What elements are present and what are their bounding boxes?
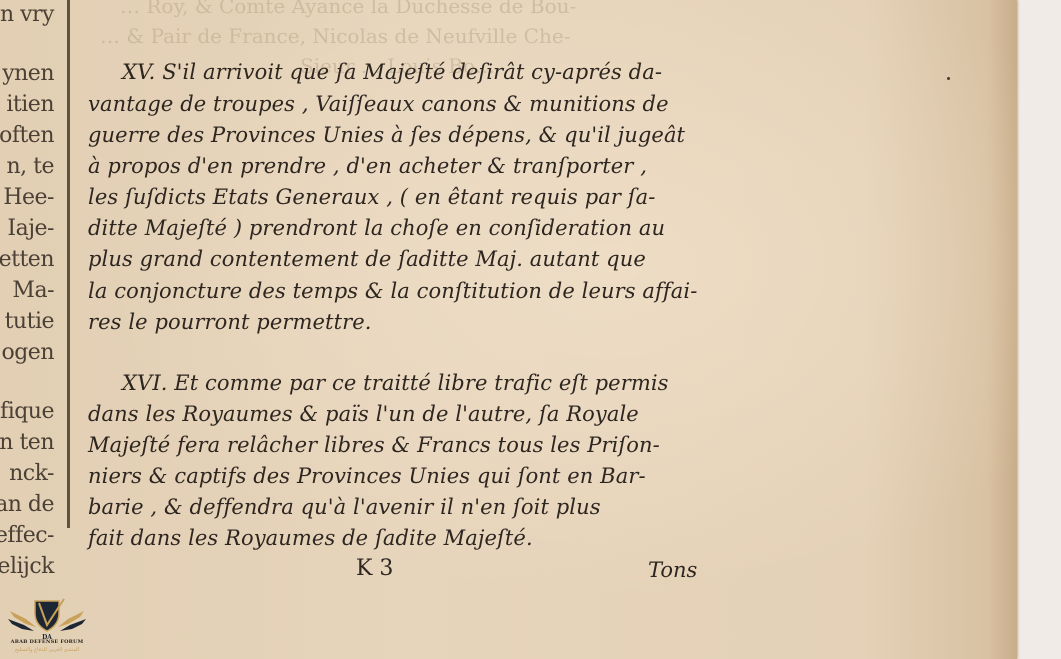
fragment-line: n ten [0,430,54,455]
fragment-line: itien [6,92,54,117]
text-line: les ſuſdicts Etats Generaux , ( en êtant… [88,185,655,209]
text-line: à propos d'en prendre , d'en acheter & t… [88,154,647,178]
fragment-line: elijck [0,554,54,579]
book-page: … Roy, & Comte Ayance la Duchesse de Bou… [0,0,1017,659]
bleed-through-line: … & Pair de France, Nicolas de Neufville… [100,24,570,48]
bleed-through-line: … Roy, & Comte Ayance la Duchesse de Bou… [120,0,576,18]
adjacent-column-fragments: n vry ynen itien often n, te Hee- Iaje- … [0,0,60,600]
text-line: Majeſté fera relâcher libres & Francs to… [88,433,660,457]
shield-wings-icon: DA [6,597,88,641]
text-line: plus grand contentement de ſaditte Maj. … [88,247,646,271]
fragment-line: nck- [9,461,54,486]
text-line: la conjoncture des temps & la conſtituti… [88,279,697,303]
fragment-line: often [0,123,54,148]
forum-subtitle: المنتدى العربي للدفاع والتسليح [6,647,88,653]
fragment-line: ogen [1,340,54,365]
paper-speck [947,77,950,80]
text-line: res le pourront permettre. [88,310,372,334]
fragment-line: effec- [0,523,54,548]
fragment-line: fique [0,399,54,424]
text-line: XV. S'il arrivoit que ſa Majeſté deſirât… [122,60,662,84]
text-line: guerre des Provinces Unies à ſes dépens,… [88,123,685,147]
fragment-line: Ma- [12,278,54,303]
text-line: ditte Majeſté ) prendront la choſe en co… [88,216,665,240]
fragment-line: Hee- [3,185,54,210]
fragment-line: etten [0,247,54,272]
fragment-line: tutie [5,309,54,334]
document-viewport: … Roy, & Comte Ayance la Duchesse de Bou… [0,0,1061,659]
text-line: dans les Royaumes & païs l'un de l'autre… [88,402,639,426]
catchword: Tons [648,558,697,582]
text-line: XVI. Et comme par ce traitté libre trafi… [122,371,669,395]
fragment-line: ynen [2,61,54,86]
fragment-line: n, te [6,154,54,179]
text-line: vantage de troupes , Vaiſſeaux canons & … [88,92,669,116]
text-line: fait dans les Royaumes de ſadite Majeſté… [88,526,533,550]
fragment-line: Iaje- [7,216,54,241]
signature-mark: K 3 [356,556,393,581]
fragment-line: n vry [0,2,54,27]
forum-watermark-logo: DA ARAB DEFENSE FORUM المنتدى العربي للد… [6,597,88,657]
text-line: barie , & deffendra qu'à l'avenir il n'e… [88,495,601,519]
column-divider-rule [67,0,70,528]
fragment-line: an de [0,492,54,517]
text-line: niers & captifs des Provinces Unies qui … [88,464,646,488]
forum-name: ARAB DEFENSE FORUM [6,639,88,645]
